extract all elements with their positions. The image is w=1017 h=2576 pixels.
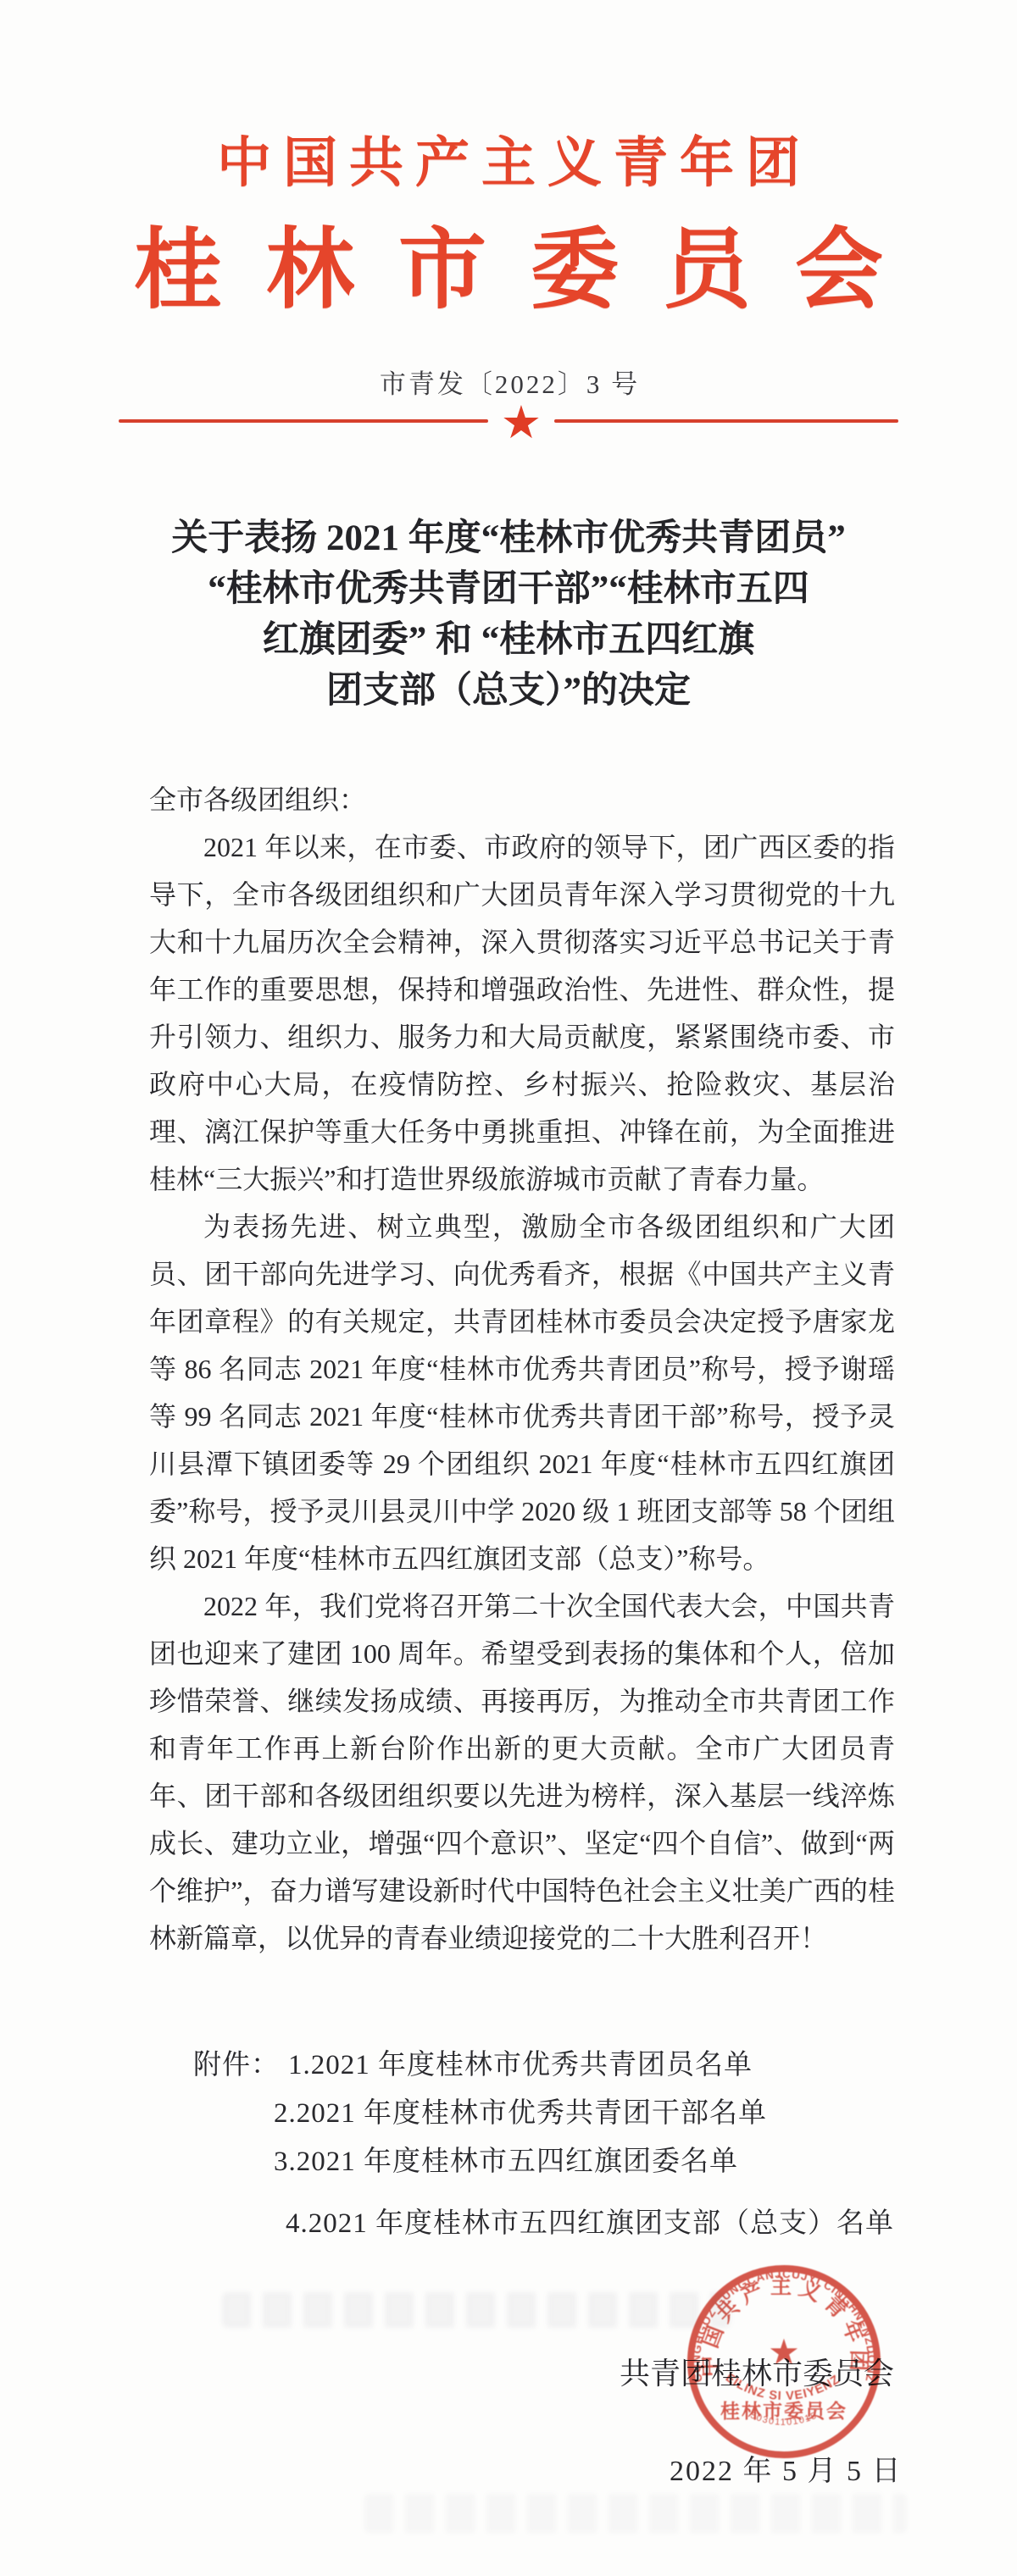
scan-bleedthrough-artifact bbox=[222, 2292, 731, 2328]
document-title: 关于表扬 2021 年度“桂林市优秀共青团员” “桂林市优秀共青团干部”“桂林市… bbox=[51, 513, 966, 717]
title-line-3: 红旗团委” 和 “桂林市五四红旗 bbox=[51, 615, 966, 666]
document-body: 全市各级团组织： 2021 年以来，在市委、市政府的领导下，团广西区委的指导下，… bbox=[149, 776, 895, 1962]
letterhead-org-line2: 桂林市委员会 bbox=[0, 224, 1017, 319]
red-rule-left bbox=[119, 419, 488, 423]
official-document-page: 中国共产主义青年团 桂林市委员会 市青发〔2022〕3 号 ★ 关于表扬 202… bbox=[0, 0, 1017, 2576]
star-icon: ★ bbox=[497, 399, 545, 446]
seal-star-icon: ★ bbox=[768, 2334, 800, 2373]
red-rule-right bbox=[554, 419, 898, 423]
body-paragraph-2: 为表扬先进、树立典型，激励全市各级团组织和广大团员、团干部向先进学习、向优秀看齐… bbox=[149, 1203, 895, 1582]
attachments-label: 附件： bbox=[193, 2050, 280, 2080]
letterhead-org-line1: 中国共产主义青年团 bbox=[0, 134, 1017, 193]
title-line-1: 关于表扬 2021 年度“桂林市优秀共青团员” bbox=[51, 513, 966, 564]
title-line-4: 团支部（总支）”的决定 bbox=[51, 666, 966, 717]
document-number: 市青发〔2022〕3 号 bbox=[0, 369, 1017, 400]
attachment-item-1: 1.2021 年度桂林市优秀共青团员名单 bbox=[288, 2050, 753, 2080]
salutation: 全市各级团组织： bbox=[149, 776, 895, 823]
attachment-item-3: 3.2021 年度桂林市五四红旗团委名单 bbox=[274, 2145, 738, 2179]
attachment-item-2: 2.2021 年度桂林市优秀共青团干部名单 bbox=[274, 2097, 767, 2130]
attachment-line-1: 附件：1.2021 年度桂林市优秀共青团员名单 bbox=[193, 2048, 753, 2082]
title-line-2: “桂林市优秀共青团干部”“桂林市五四 bbox=[51, 564, 966, 615]
scan-bleedthrough-artifact bbox=[364, 2494, 907, 2533]
body-paragraph-1: 2021 年以来，在市委、市政府的领导下，团广西区委的指导下，全市各级团组织和广… bbox=[149, 823, 895, 1203]
official-seal: CUNGHGOZ GUNGCANJCUJYI CINGHNENZDONZ 中国共… bbox=[672, 2250, 896, 2474]
attachment-item-4: 4.2021 年度桂林市五四红旗团支部（总支）名单 bbox=[286, 2207, 894, 2241]
body-paragraph-3: 2022 年，我们党将召开第二十次全国代表大会，中国共青团也迎来了建团 100 … bbox=[149, 1582, 895, 1962]
